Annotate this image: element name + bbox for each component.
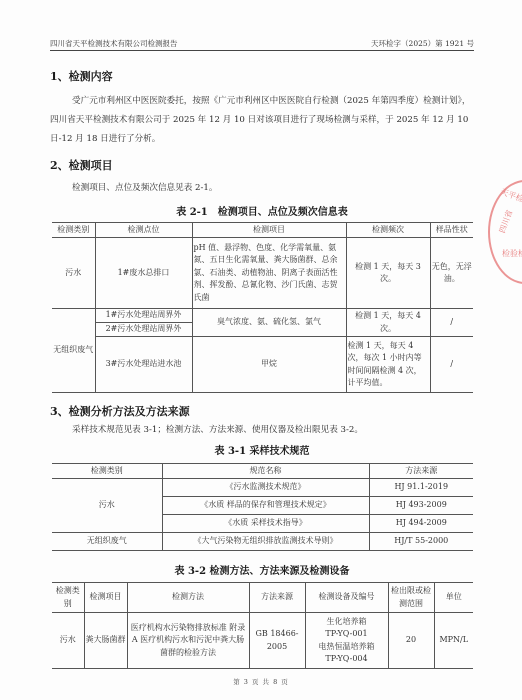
section-2-body: 检测项目、点位及频次信息见表 2-1。	[50, 179, 474, 198]
table-header-cell: 检测方法	[127, 583, 249, 613]
table-header-cell: 检测类别	[52, 223, 95, 238]
table-3-1: 检测类别 规范名称 方法来源 污水 《污水监测技术规范》 HJ 91.1-201…	[52, 463, 473, 551]
page-number: 第 3 页 共 8 页	[0, 677, 522, 686]
table-header-cell: 检测设备及编号	[305, 583, 388, 613]
company-seal-stamp: 天平检 四川省 检验检测	[488, 180, 522, 284]
table-2-1: 检测类别 检测点位 检测项目 检测频次 样品性状 污水 1#废水总排口 pH 值…	[52, 222, 473, 393]
table-header-cell: 规范名称	[162, 464, 369, 479]
table-3-1-caption: 表 3-1 采样技术规范	[50, 442, 474, 457]
table-header-cell: 检测项目	[192, 223, 346, 238]
table-header-cell: 单位	[434, 583, 473, 613]
table-row: 污水 《污水监测技术规范》 HJ 91.1-2019	[52, 479, 473, 497]
table-row: 污水 1#废水总排口 pH 值、悬浮物、色度、化学需氧量、氨氮、五日生化需氧量、…	[52, 238, 473, 309]
table-header-cell: 检测频次	[346, 223, 430, 238]
table-2-1-caption: 表 2-1 检测项目、点位及频次信息表	[50, 203, 474, 218]
table-header-cell: 检出限或检测范围	[388, 583, 434, 613]
section-1-title: 1、检测内容	[50, 68, 113, 84]
company-report-title: 四川省天平检测技术有限公司检测报告	[50, 38, 178, 49]
table-header-cell: 检测项目	[84, 583, 127, 613]
table-header-cell: 检测点位	[95, 223, 192, 238]
table-3-2: 检测类别 检测项目 检测方法 方法来源 检测设备及编号 检出限或检测范围 单位 …	[52, 582, 473, 669]
section-3-body: 采样技术规范见表 3-1；检测方法、方法来源、使用仪器及检出限见表 3-2。	[50, 421, 474, 440]
section-2-title: 2、检测项目	[50, 157, 113, 173]
table-row: 无组织废气 1#污水处理站周界外 臭气浓度、氨、硫化氢、氯气 检测 1 天，每天…	[52, 309, 473, 323]
table-3-2-caption: 表 3-2 检测方法、方法来源及检测设备	[50, 562, 474, 577]
table-header-cell: 样品性状	[430, 223, 473, 238]
section-1-body: 受广元市利州区中医医院委托，按照《广元市利州区中医医院自行检测（2025 年第四…	[50, 92, 474, 149]
page-header: 四川省天平检测技术有限公司检测报告 天环检字（2025）第 1921 号	[50, 36, 474, 51]
table-header-cell: 方法来源	[249, 583, 305, 613]
document-page: 四川省天平检测技术有限公司检测报告 天环检字（2025）第 1921 号 1、检…	[0, 0, 522, 700]
table-header-cell: 检测类别	[52, 464, 162, 479]
report-number: 天环检字（2025）第 1921 号	[371, 38, 474, 49]
table-row: 3#污水处理站进水池 甲烷 检测 1 天，每天 4 次，每次 1 小时内等时间间…	[52, 337, 473, 393]
table-header-cell: 方法来源	[369, 464, 473, 479]
table-row: 污水 粪大肠菌群 医疗机构水污染物排放标准 附录 A 医疗机构污水和污泥中粪大肠…	[52, 613, 473, 669]
section-3-title: 3、检测分析方法及方法来源	[50, 403, 190, 419]
table-row: 无组织废气 《大气污染物无组织排放监测技术导则》 HJ/T 55-2000	[52, 533, 473, 551]
table-header-cell: 检测类别	[52, 583, 84, 613]
